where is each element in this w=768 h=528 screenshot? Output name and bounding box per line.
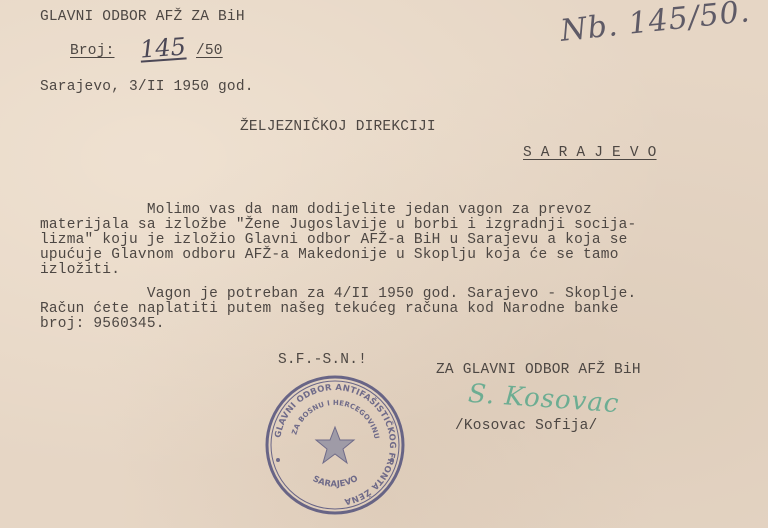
- recipient-name: ŽELJEZNIČKOJ DIREKCIJI: [240, 120, 436, 135]
- recipient-city: S A R A J E V O: [523, 146, 657, 161]
- place-and-date: Sarajevo, 3/II 1950 god.: [40, 80, 254, 95]
- body-line: Vagon je potreban za 4/II 1950 god. Sara…: [40, 287, 636, 302]
- closing-slogan: S.F.-S.N.!: [278, 353, 367, 368]
- svg-text:SARAJEVO: SARAJEVO: [311, 474, 360, 490]
- stamp-bottom-text: SARAJEVO: [311, 474, 360, 490]
- body-line: broj: 9560345.: [40, 317, 165, 332]
- signatory-organization: ZA GLAVNI ODBOR AFŽ BiH: [436, 363, 641, 378]
- signatory-name: /Kosovac Sofija/: [455, 419, 597, 434]
- handwritten-registry-note: Nb. 145/50.: [559, 0, 752, 49]
- body-line: materijala sa izložbe "Žene Jugoslavije …: [40, 218, 636, 233]
- handwritten-signature: S. Kosovac: [467, 379, 620, 419]
- body-line: upućuje Glavnom odboru AFŽ-a Makedonije …: [40, 248, 619, 263]
- body-line: Račun ćete naplatiti putem našeg tekućeg…: [40, 302, 619, 317]
- organization-header: GLAVNI ODBOR AFŽ ZA BiH: [40, 10, 245, 25]
- reference-number-label: Broj:: [70, 44, 115, 59]
- reference-number-handwritten: 145: [139, 32, 187, 63]
- body-line: izložiti.: [40, 263, 120, 278]
- body-line: lizma" koju je izložio Glavni odbor AFŽ-…: [40, 233, 628, 248]
- scanned-letter: GLAVNI ODBOR AFŽ ZA BiH Broj: 145 /50 Sa…: [0, 0, 768, 528]
- star-icon: [316, 427, 354, 463]
- official-round-stamp: GLAVNI ODBOR ANTIFAŠISTIČKOG FRONTA ŽENA…: [262, 372, 408, 518]
- stamp-graphic: GLAVNI ODBOR ANTIFAŠISTIČKOG FRONTA ŽENA…: [262, 372, 408, 518]
- reference-number-suffix: /50: [196, 44, 223, 59]
- body-line: Molimo vas da nam dodijelite jedan vagon…: [40, 203, 592, 218]
